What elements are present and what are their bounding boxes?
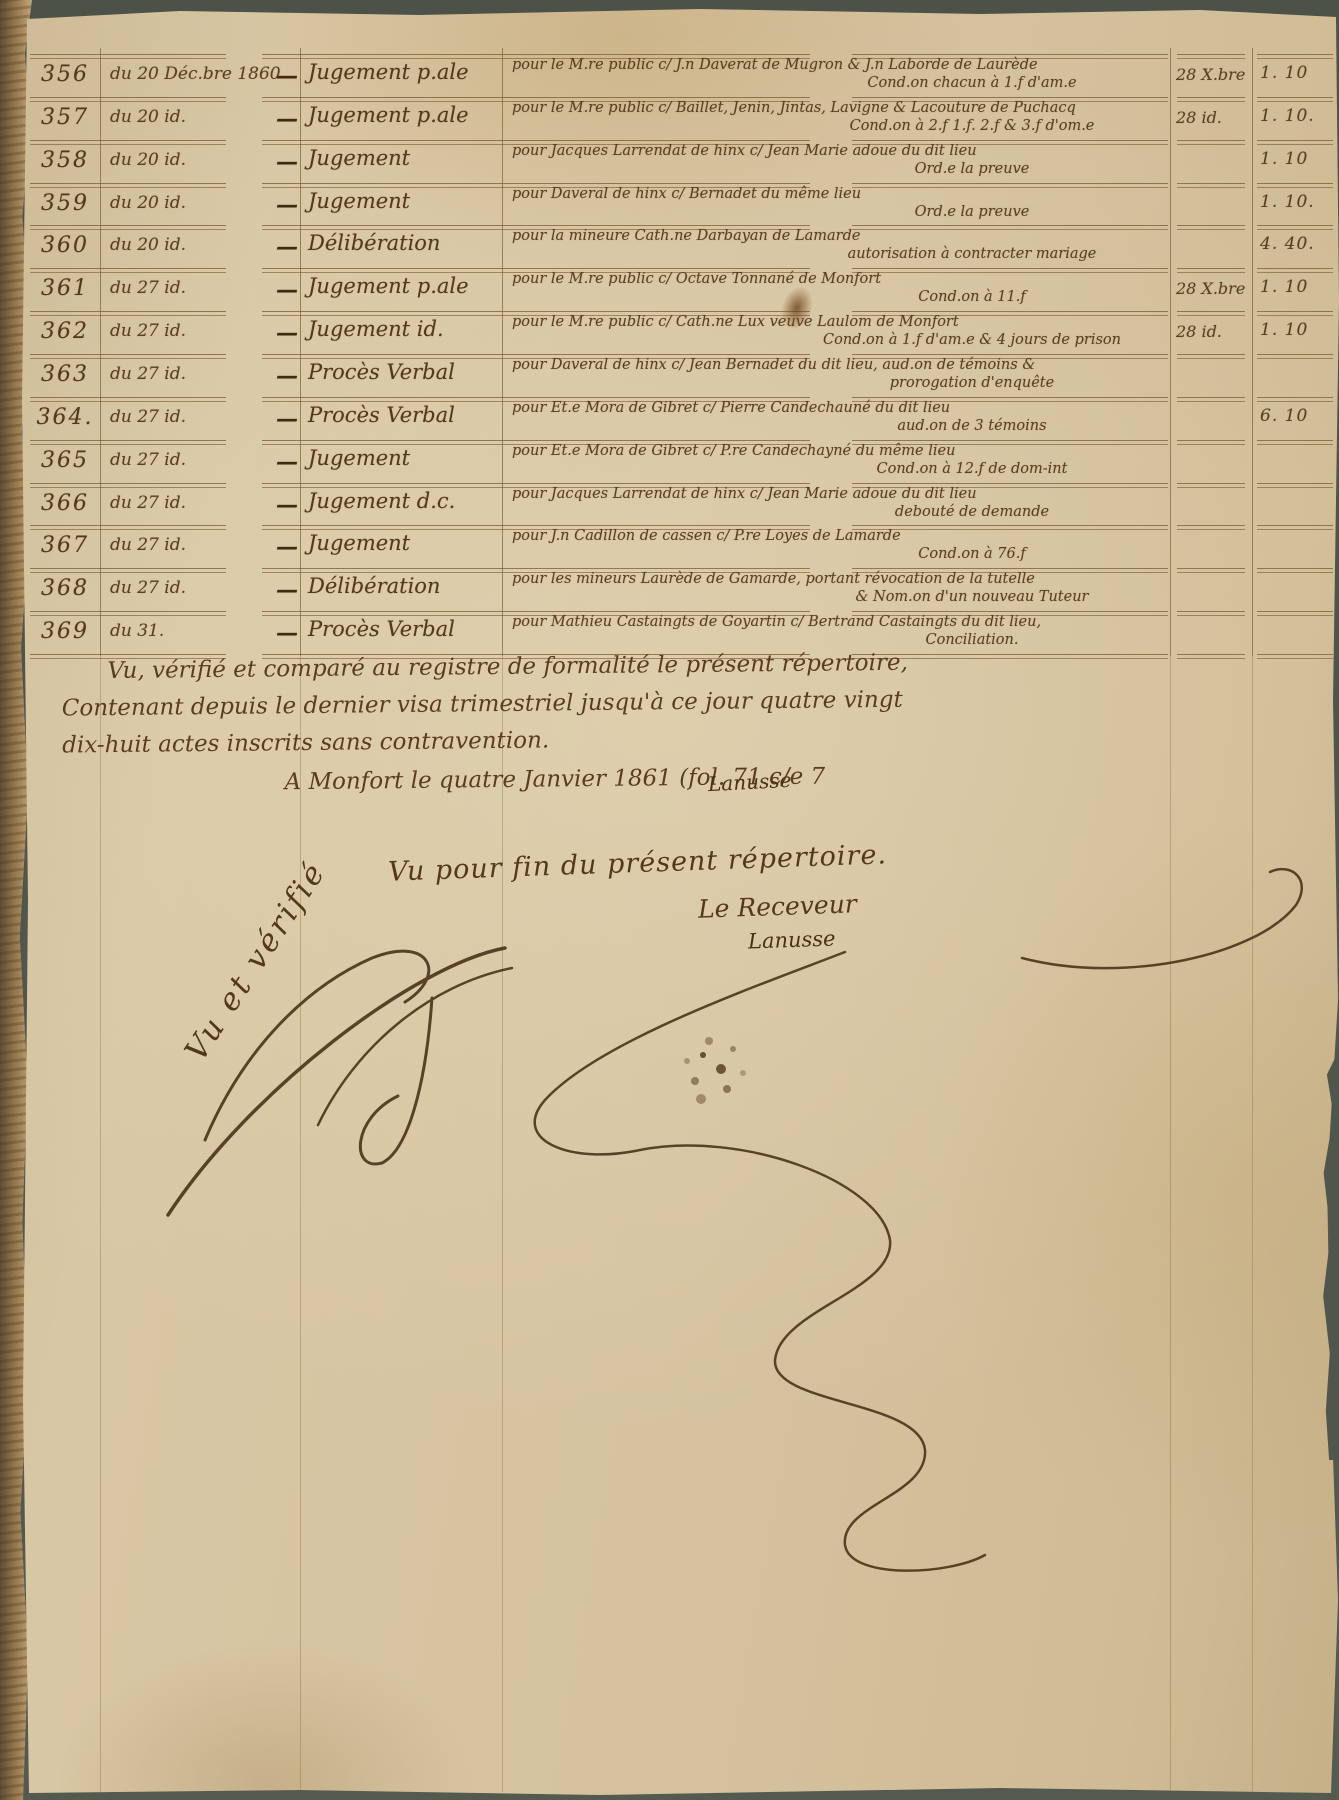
receveur-signature: Lanusse: [748, 926, 836, 953]
closing-dateline: A Monfort le quatre Janvier 1861 (fol. 7…: [284, 755, 1122, 801]
closing-signature: Lanusse: [707, 768, 791, 796]
certification-title: Le Receveur: [698, 889, 858, 924]
certification-line: Vu pour fin du présent répertoire.: [388, 839, 888, 887]
closing-block-layer: Vu, vérifié et comparé au registre de fo…: [0, 0, 1339, 1800]
document-photo: 356du 20 Déc.bre 1860Jugement p.alepour …: [0, 0, 1339, 1800]
closing-statement: Vu, vérifié et comparé au registre de fo…: [61, 642, 1123, 803]
ink-speckles: [700, 1052, 706, 1058]
ink-blot: [776, 282, 818, 333]
side-verification-note: Vu et vérifié: [178, 855, 334, 1068]
